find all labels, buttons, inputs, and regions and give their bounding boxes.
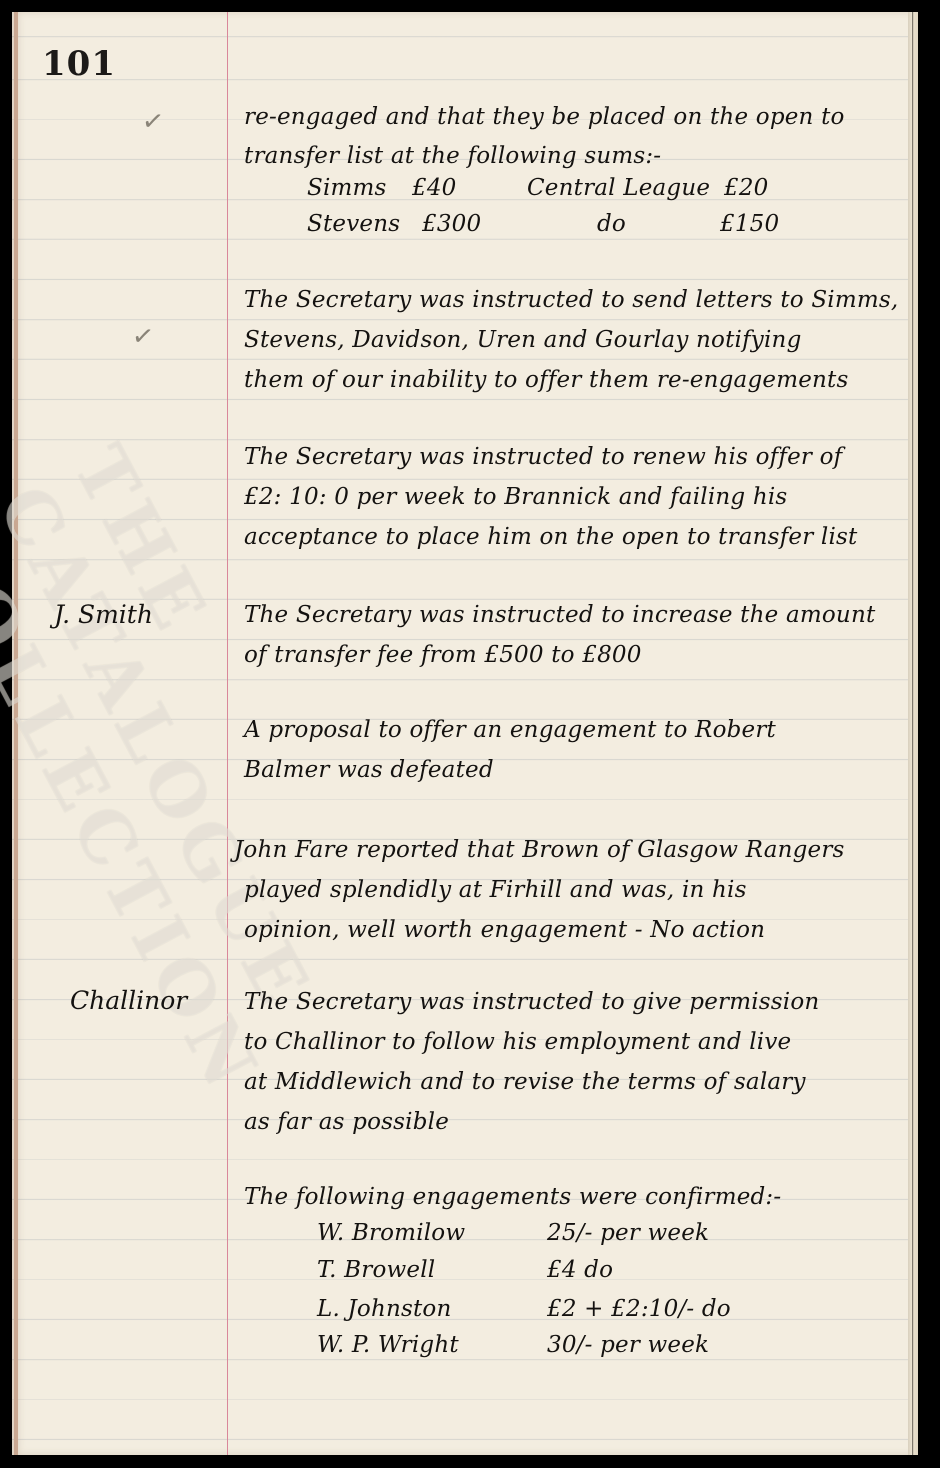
team-label: Central League — [527, 175, 710, 201]
engagement-terms: £4 do — [547, 1257, 613, 1283]
player-name: Simms — [307, 175, 387, 201]
entry-line: them of our inability to offer them re-e… — [244, 367, 848, 393]
player-name: T. Browell — [317, 1257, 435, 1283]
entry-line: of transfer fee from £500 to £800 — [244, 642, 642, 668]
entry-line: acceptance to place him on the open to t… — [244, 524, 857, 550]
check-mark-icon: ✓ — [140, 106, 166, 139]
entry-line: Balmer was defeated — [244, 757, 494, 783]
entry-line: A proposal to offer an engagement to Rob… — [244, 717, 776, 743]
entry-line: Stevens, Davidson, Uren and Gourlay noti… — [244, 327, 802, 353]
check-mark-icon: ✓ — [130, 321, 156, 354]
entry-line: re-engaged and that they be placed on th… — [244, 104, 845, 130]
engagement-terms: 25/- per week — [547, 1220, 709, 1246]
entry-heading: The following engagements were confirmed… — [244, 1184, 781, 1210]
ledger-page: THE CATALOGUE COLLECTION 101 ✓ ✓ J. Smit… — [12, 12, 918, 1455]
entry-line: at Middlewich and to revise the terms of… — [244, 1069, 806, 1095]
entry-line: The Secretary was instructed to send let… — [244, 287, 898, 313]
page-binding-edge — [908, 12, 918, 1455]
page-edge — [14, 12, 18, 1455]
engagement-terms: 30/- per week — [547, 1332, 709, 1358]
player-name: L. Johnston — [317, 1296, 452, 1322]
page-number: 101 — [42, 44, 116, 84]
entry-line: John Fare reported that Brown of Glasgow… — [234, 837, 845, 863]
team-label: do — [597, 211, 626, 237]
entry-line: transfer list at the following sums:- — [244, 143, 661, 169]
entry-line: £2: 10: 0 per week to Brannick and faili… — [244, 484, 787, 510]
team-amount: £20 — [724, 175, 769, 201]
entry-line: to Challinor to follow his employment an… — [244, 1029, 791, 1055]
transfer-amount: £40 — [412, 175, 457, 201]
margin-rule-line — [227, 12, 228, 1455]
transfer-amount: £300 — [422, 211, 481, 237]
entry-line: played splendidly at Firhill and was, in… — [244, 877, 747, 903]
margin-note-challinor: Challinor — [70, 986, 187, 1015]
entry-line: The Secretary was instructed to give per… — [244, 989, 819, 1015]
engagement-terms: £2 + £2:10/- do — [547, 1296, 731, 1322]
team-amount: £150 — [720, 211, 779, 237]
player-name: W. Bromilow — [317, 1220, 465, 1246]
entry-line: The Secretary was instructed to renew hi… — [244, 444, 842, 470]
entry-line: as far as possible — [244, 1109, 449, 1135]
entry-line: The Secretary was instructed to increase… — [244, 602, 875, 628]
player-name: Stevens — [307, 211, 400, 237]
entry-line: opinion, well worth engagement - No acti… — [244, 917, 765, 943]
player-name: W. P. Wright — [317, 1332, 459, 1358]
margin-note-j-smith: J. Smith — [54, 600, 153, 629]
